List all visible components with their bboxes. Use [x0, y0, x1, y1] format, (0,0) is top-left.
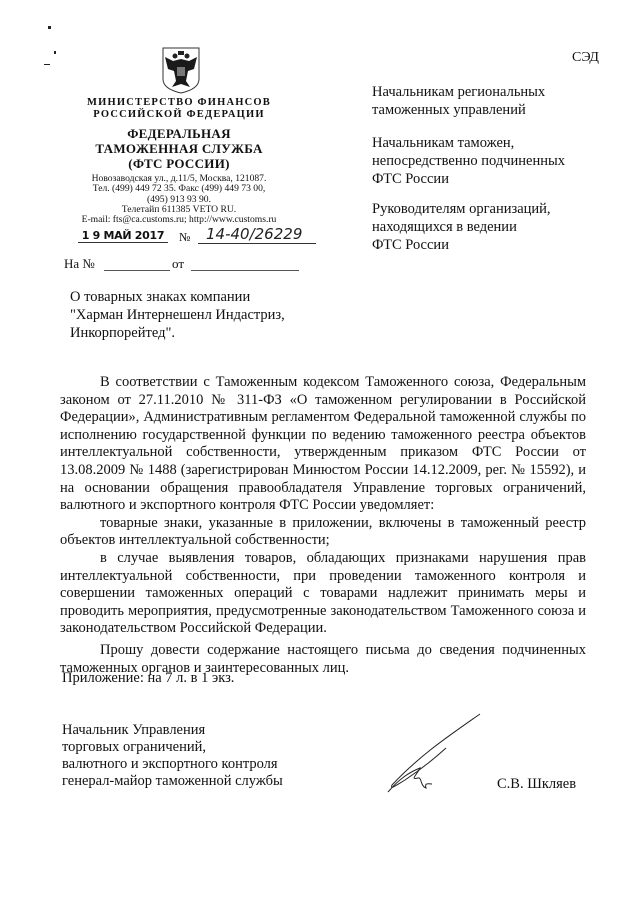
- signatory-title-line: генерал-майор таможенной службы: [62, 773, 342, 790]
- addressee-line: непосредственно подчиненных: [372, 152, 622, 170]
- number-label: №: [179, 230, 190, 245]
- from-label: от: [172, 256, 184, 272]
- body-paragraph: товарные знаки, указанные в приложении, …: [60, 515, 586, 550]
- letter-subject: О товарных знаках компании "Харман Интер…: [70, 288, 350, 342]
- document-system-mark: СЭД: [572, 50, 599, 66]
- handwritten-signature-icon: [380, 700, 500, 800]
- signatory-title: Начальник Управления торговых ограничени…: [62, 722, 342, 790]
- ministry-line: РОССИЙСКОЙ ФЕДЕРАЦИИ: [58, 109, 300, 121]
- attachment-note: Приложение: на 7 л. в 1 экз.: [62, 670, 234, 687]
- ministry-line: МИНИСТЕРСТВО ФИНАНСОВ: [58, 97, 300, 109]
- service-line: ТАМОЖЕННАЯ СЛУЖБА: [58, 141, 300, 156]
- addressee-line: находящихся в ведении: [372, 218, 622, 236]
- from-date-field: [191, 270, 299, 271]
- body-paragraph: в случае выявления товаров, обладающих п…: [60, 550, 586, 638]
- email-web: E-mail: fts@ca.customs.ru; http://www.cu…: [58, 215, 300, 225]
- subject-line: Инкорпорейтед".: [70, 324, 350, 342]
- signatory-name: С.В. Шкляев: [497, 776, 576, 793]
- subject-line: "Харман Интернешенл Индастриз,: [70, 306, 350, 324]
- scan-artifact: [54, 51, 56, 54]
- registration-row: 1 9 МАЙ 2017 № 14-40/26229: [78, 229, 318, 249]
- scan-artifact: [48, 26, 51, 29]
- addressee-line: Начальникам таможен,: [372, 134, 622, 152]
- registration-number: 14-40/26229: [198, 225, 316, 244]
- addressee: Начальникам региональных таможенных упра…: [372, 83, 622, 119]
- reference-row: На № от: [64, 256, 304, 276]
- signatory-title-line: Начальник Управления: [62, 722, 342, 739]
- addressee: Руководителям организаций, находящихся в…: [372, 200, 622, 254]
- scan-artifact: [44, 64, 50, 65]
- service-line: (ФТС РОССИИ): [58, 156, 300, 171]
- addressee-line: Руководителям организаций,: [372, 200, 622, 218]
- addressee-line: ФТС России: [372, 170, 622, 188]
- signatory-title-line: торговых ограничений,: [62, 739, 342, 756]
- russian-coat-of-arms-icon: [160, 45, 202, 95]
- service-line: ФЕДЕРАЛЬНАЯ: [58, 126, 300, 141]
- letter-body: В соответствии с Таможенным кодексом Там…: [60, 374, 586, 677]
- reference-number-label: На №: [64, 256, 95, 272]
- addressee-line: таможенных управлений: [372, 101, 622, 119]
- contact-block: Новозаводская ул., д.11/5, Москва, 12108…: [58, 174, 300, 225]
- addressee-line: Начальникам региональных: [372, 83, 622, 101]
- registration-date-stamp: 1 9 МАЙ 2017: [78, 229, 168, 243]
- addressee: Начальникам таможен, непосредственно под…: [372, 134, 622, 188]
- ministry-name: МИНИСТЕРСТВО ФИНАНСОВ РОССИЙСКОЙ ФЕДЕРАЦ…: [58, 97, 300, 121]
- service-name: ФЕДЕРАЛЬНАЯ ТАМОЖЕННАЯ СЛУЖБА (ФТС РОССИ…: [58, 126, 300, 171]
- reference-number-field: [104, 270, 170, 271]
- signatory-title-line: валютного и экспортного контроля: [62, 756, 342, 773]
- subject-line: О товарных знаках компании: [70, 288, 350, 306]
- addressee-line: ФТС России: [372, 236, 622, 254]
- body-paragraph: В соответствии с Таможенным кодексом Там…: [60, 374, 586, 515]
